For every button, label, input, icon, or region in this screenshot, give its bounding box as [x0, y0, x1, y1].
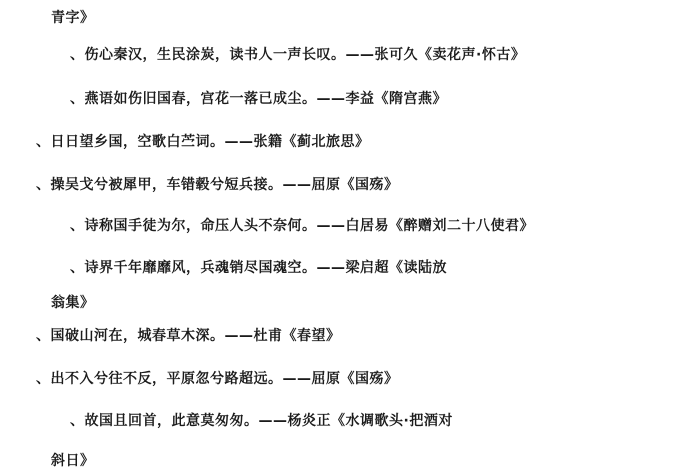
quote-line: 、诗称国手徒为尔，命压人头不奈何。——白居易《醉赠刘二十八使君》: [70, 218, 534, 234]
quote-line: 、国破山河在，城春草木深。——杜甫《春望》: [36, 328, 341, 344]
quote-line: 、日日望乡国，空歌白苎词。——张籍《蓟北旅思》: [36, 134, 370, 150]
quote-line: 、故国且回首，此意莫匆匆。——杨炎正《水调歌头·把酒对: [70, 413, 453, 429]
quote-line: 、诗界千年靡靡风，兵魂销尽国魂空。——梁启超《读陆放: [70, 260, 447, 276]
title-continuation-line: 斜日》: [51, 453, 95, 469]
title-continuation-line: 青字》: [51, 10, 95, 26]
document-page: 青字》 、伤心秦汉，生民涂炭，读书人一声长叹。——张可久《卖花声·怀古》 、燕语…: [0, 0, 700, 470]
quote-line: 、出不入兮往不反，平原忽兮路超远。——屈原《国殇》: [36, 371, 399, 387]
quote-line: 、伤心秦汉，生民涂炭，读书人一声长叹。——张可久《卖花声·怀古》: [70, 47, 525, 63]
title-continuation-line: 翁集》: [51, 295, 95, 311]
quote-line: 、操吴戈兮被犀甲，车错毂兮短兵接。——屈原《国殇》: [36, 177, 399, 193]
quote-line: 、燕语如伤旧国春，宫花一落已成尘。——李益《隋宫燕》: [70, 91, 447, 107]
